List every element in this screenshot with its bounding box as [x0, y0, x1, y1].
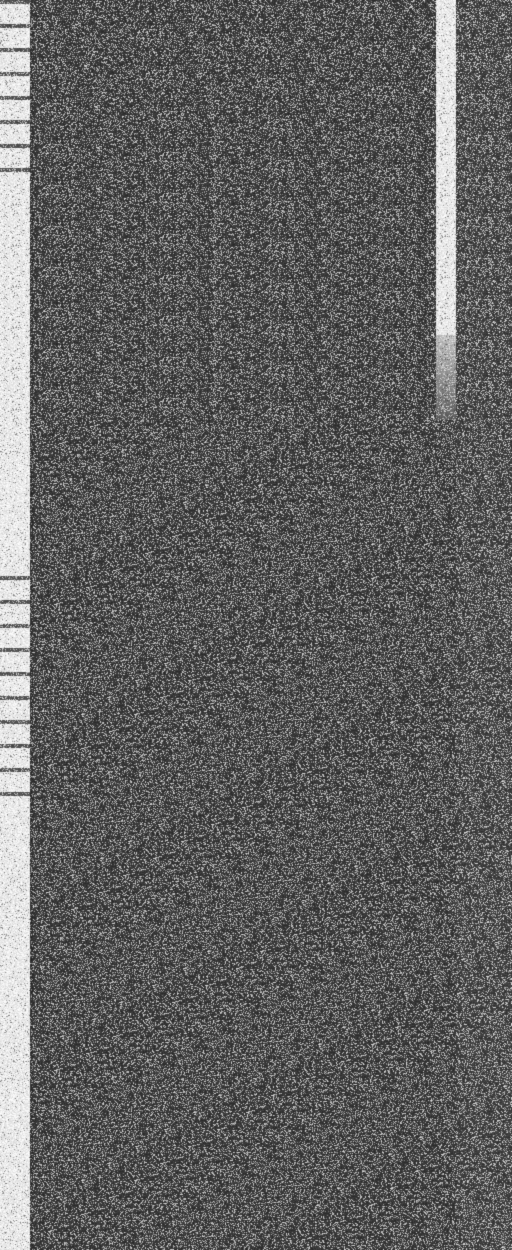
- asphalt-texture: [0, 0, 512, 1250]
- road-surface-photo: Overhead grayscale photo of an asphalt r…: [0, 0, 512, 1250]
